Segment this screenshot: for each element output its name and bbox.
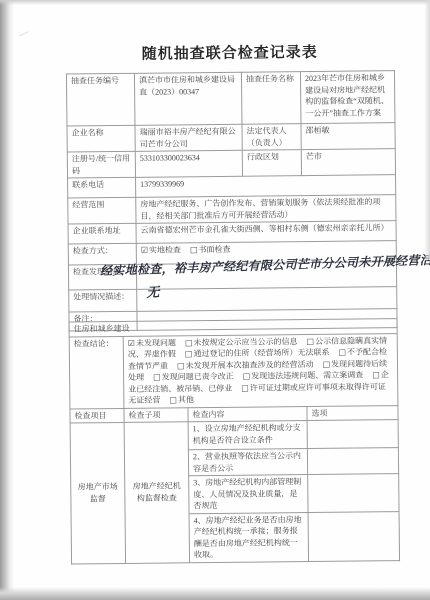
- conclusion-option: □发现违法违规问题、需立案调查: [243, 370, 364, 380]
- task-number-value: 滇芒市市住房和城乡建设局直（2023）00347: [134, 72, 242, 125]
- check-header-project: 检查项目: [70, 408, 124, 423]
- unchecked-checkbox-icon: □: [241, 383, 249, 392]
- unchecked-checkbox-icon: □: [243, 372, 251, 381]
- conclusion-option: □发现问题已责令改正: [153, 372, 234, 382]
- check-item-4-option-cell: [308, 511, 400, 561]
- table-row: 注册号/统一信用码 533103300023634 行政区划 芒市: [67, 149, 395, 178]
- unchecked-checkbox-icon: □: [306, 336, 314, 345]
- unchecked-checkbox-icon: □: [153, 373, 161, 382]
- check-item-2: 2、营业执照等依法应当公示内容是否公示: [188, 449, 307, 476]
- table-row: 检查结论： ☑未发现问题 □未按规定公示应当公示的信息 □公示信息隐瞒真实情况、…: [69, 333, 398, 408]
- unchecked-checkbox-icon: □: [177, 361, 185, 370]
- conclusion-option: □其他: [169, 395, 194, 404]
- scanned-page: 随机抽查联合检查记录表 抽查任务编号 滇芒市市住房和城乡建设局直（2023）00…: [0, 0, 430, 600]
- table-row: 企业名称 瑞丽市裕丰房产经纪有限公司芒市分公司 法定代表人（负责人） 邵桓敏: [67, 123, 395, 152]
- unchecked-checkbox-icon: □: [185, 338, 193, 347]
- check-header-content: 检查内容: [188, 406, 307, 422]
- unchecked-checkbox-icon: □: [338, 348, 346, 357]
- task-name-label: 抽查任务名称: [241, 72, 301, 125]
- conclusion-options: ☑未发现问题 □未按规定公示应当公示的信息 □公示信息隐瞒真实情况、弄虚作假 □…: [123, 333, 398, 408]
- business-scope-value: 房地产经纪服务、广告创作发布、营销策划服务（依法须经批准的项目，经相关部门批准后…: [136, 195, 396, 224]
- unchecked-checkbox-icon: □: [323, 359, 331, 368]
- info-table: 抽查任务编号 滇芒市市住房和城乡建设局直（2023）00347 抽查任务名称 2…: [66, 70, 398, 331]
- table-row: 经营范围 房地产经纪服务、广告创作发布、营销策划服务（依法须经批准的项目，经相关…: [68, 195, 396, 224]
- handling-label: 处理情况描述：: [69, 289, 137, 312]
- company-name-value: 瑞丽市裕丰房产经纪有限公司芒市分公司: [135, 124, 242, 151]
- page-title: 随机抽查联合检查记录表: [66, 40, 394, 64]
- company-address-label: 企业联系地址: [68, 223, 136, 244]
- task-number-label: 抽查任务编号: [66, 73, 135, 126]
- check-item-4: 4、房地产经纪业务是否由房地产经纪机构统一承接；服务报酬是否由房地产经纪机构统一…: [189, 512, 309, 562]
- legal-rep-value: 邵桓敏: [301, 123, 395, 150]
- check-item-1-option-cell: [307, 420, 398, 449]
- reg-number-value: 533103300023634: [135, 150, 242, 177]
- checked-checkbox-icon: ☑: [141, 246, 148, 255]
- conclusion-option: □未发现开展本次抽查涉及的经营活动: [177, 359, 314, 369]
- phone-label: 联系电话: [68, 177, 136, 198]
- check-project-cell: 房地产市场监督: [70, 422, 125, 563]
- checked-checkbox-icon: ☑: [128, 338, 135, 347]
- legal-rep-label: 法定代表人（负责人）: [242, 124, 301, 151]
- unchecked-checkbox-icon: □: [372, 370, 380, 379]
- conclusion-label: 检查结论：: [69, 336, 124, 409]
- check-item-3-option-cell: [308, 474, 399, 512]
- reg-number-label: 注册号/统一信用码: [67, 151, 135, 178]
- check-header-option: 选项: [307, 405, 398, 420]
- conclusion-option: □通过登记的住所（经营场所）无法联系: [185, 348, 330, 359]
- business-scope-label: 经营范围: [68, 197, 136, 224]
- task-name-value: 2023年芒市住房和城乡建设局对房地产经纪机构的监督检查“双随机、一公开”抽查工…: [300, 71, 395, 124]
- phone-value: 13799339969: [136, 175, 396, 198]
- unchecked-checkbox-icon: □: [169, 395, 177, 404]
- handwritten-none-note: 无: [146, 281, 160, 301]
- check-item-2-option-cell: [307, 448, 398, 475]
- company-address-value: 云南省德宏州芒市金孔雀大街西侧、等相村东侧（德宏州亲亲托儿所）: [136, 221, 396, 244]
- checkbox-onsite-inspection: ☑实地检查: [141, 244, 181, 256]
- conclusion-option: ☑未发现问题: [128, 338, 176, 348]
- admin-region-label: 行政区划: [242, 150, 301, 177]
- checkbox-written-inspection: □书面检查: [190, 244, 231, 256]
- check-subitem-cell: 房地产经纪机构监督检查: [124, 422, 189, 563]
- admin-region-value: 芒市: [301, 149, 395, 176]
- check-item-1: 1、设立房地产经纪机构或分支机构是否符合设立条件: [188, 421, 307, 450]
- section-table: 住房和城乡建设 检查结论： ☑未发现问题 □未按规定公示应当公示的信息 □公示信…: [69, 318, 401, 564]
- handling-cell: [137, 287, 397, 312]
- table-row: 房地产市场监督 房地产经纪机构监督检查 1、设立房地产经纪机构或分支机构是否符合…: [70, 420, 398, 451]
- conclusion-option: □未按规定公示应当公示的信息: [185, 337, 298, 347]
- company-name-label: 企业名称: [67, 125, 135, 152]
- table-row: 抽查任务编号 滇芒市市住房和城乡建设局直（2023）00347 抽查任务名称 2…: [66, 71, 395, 126]
- unchecked-checkbox-icon: □: [185, 349, 193, 358]
- check-item-3: 3、房地产经纪机构内部管理制度、人员情况及执业质量，是否规范: [189, 475, 308, 514]
- unchecked-checkbox-icon: □: [190, 245, 198, 254]
- check-header-subitem: 检查子项: [124, 407, 188, 422]
